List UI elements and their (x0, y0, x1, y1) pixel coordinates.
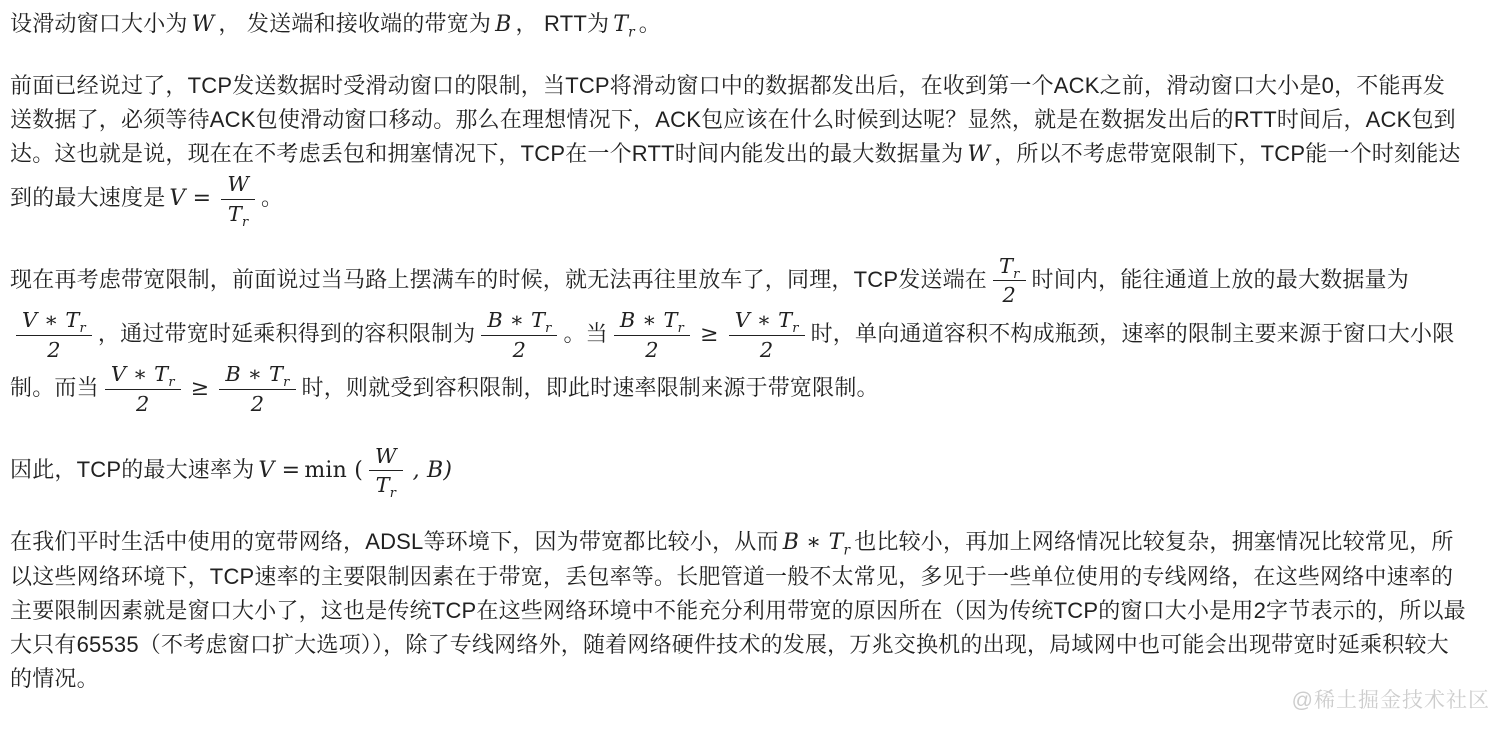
paragraph-4: 因此，TCP的最大速率为V =min (WTr, B) (10, 444, 1466, 498)
text-run: 现在再考虑带宽限制，前面说过当马路上摆满车的时候，就无法再往里放车了，同理，TC… (10, 267, 987, 292)
text-run: 因此，TCP的最大速率为 (10, 457, 254, 482)
article-page: 设滑动窗口大小为W， 发送端和接收端的带宽为B， RTT为Tr。前面已经说过了，… (0, 0, 1512, 730)
math-fraction: V ∗ Tr2 (105, 362, 181, 416)
math-fraction: V ∗ Tr2 (16, 308, 92, 362)
paragraph-5: 在我们平时生活中使用的宽带网络，ADSL等环境下，因为带宽都比较小，从而B ∗ … (10, 525, 1466, 696)
math-fraction: B ∗ Tr2 (614, 308, 690, 362)
fraction-denominator: 2 (754, 336, 780, 363)
math-roman: min ( (304, 458, 363, 483)
text-run: 。 (639, 11, 661, 36)
math-inline: Tr (609, 12, 639, 37)
math-inline: V = (165, 186, 215, 211)
math-inline: ≥ (187, 376, 214, 401)
text-run: 设滑动窗口大小为 (10, 11, 188, 36)
fraction-numerator: Tr (993, 254, 1026, 282)
fraction-numerator: V ∗ Tr (729, 308, 805, 336)
math-fraction: WTr (369, 444, 403, 498)
fraction-denominator: Tr (370, 471, 403, 498)
text-run: ， 发送端和接收端的带宽为 (218, 11, 491, 36)
fraction-denominator: Tr (222, 200, 255, 227)
fraction-numerator: W (369, 444, 403, 472)
math-inline: B ∗ Tr (779, 530, 855, 555)
math-fraction: B ∗ Tr2 (219, 362, 295, 416)
fraction-denominator: 2 (997, 281, 1023, 308)
fraction-numerator: V ∗ Tr (16, 308, 92, 336)
text-run: ， RTT为 (516, 11, 610, 36)
text-run: ，通过带宽时延乘积得到的容积限制为 (98, 321, 475, 346)
fraction-numerator: B ∗ Tr (614, 308, 690, 336)
math-inline: , B) (409, 458, 457, 483)
paragraph-3: 现在再考虑带宽限制，前面说过当马路上摆满车的时候，就无法再往里放车了，同理，TC… (10, 254, 1466, 417)
paragraph-2: 前面已经说过了，TCP发送数据时受滑动窗口的限制，当TCP将滑动窗口中的数据都发… (10, 69, 1466, 227)
math-inline: W (188, 12, 219, 37)
fraction-numerator: B ∗ Tr (481, 308, 557, 336)
math-fraction: Tr2 (993, 254, 1026, 308)
math-inline: W (963, 142, 994, 167)
math-inline: ≥ (696, 322, 723, 347)
math-fraction: WTr (221, 172, 255, 226)
math-fraction: V ∗ Tr2 (729, 308, 805, 362)
fraction-denominator: 2 (41, 336, 67, 363)
watermark: @稀土掘金技术社区 (1292, 684, 1490, 714)
fraction-numerator: W (221, 172, 255, 200)
paragraph-1: 设滑动窗口大小为W， 发送端和接收端的带宽为B， RTT为Tr。 (10, 7, 1466, 42)
fraction-denominator: 2 (639, 336, 665, 363)
fraction-denominator: 2 (245, 390, 271, 417)
fraction-denominator: 2 (130, 390, 156, 417)
math-inline: B (491, 12, 515, 37)
math-fraction: B ∗ Tr2 (481, 308, 557, 362)
article-body: 设滑动窗口大小为W， 发送端和接收端的带宽为B， RTT为Tr。前面已经说过了，… (0, 0, 1512, 696)
text-run: 。 (261, 185, 283, 210)
text-run: 。当 (563, 321, 607, 346)
fraction-numerator: B ∗ Tr (219, 362, 295, 390)
math-inline: V = (254, 458, 304, 483)
text-run: 在我们平时生活中使用的宽带网络，ADSL等环境下，因为带宽都比较小，从而 (10, 529, 779, 554)
fraction-denominator: 2 (507, 336, 533, 363)
text-run: 时间内，能往通道上放的最大数据量为 (1032, 267, 1409, 292)
text-run: 时，则就受到容积限制，即此时速率限制来源于带宽限制。 (302, 375, 879, 400)
fraction-numerator: V ∗ Tr (105, 362, 181, 390)
